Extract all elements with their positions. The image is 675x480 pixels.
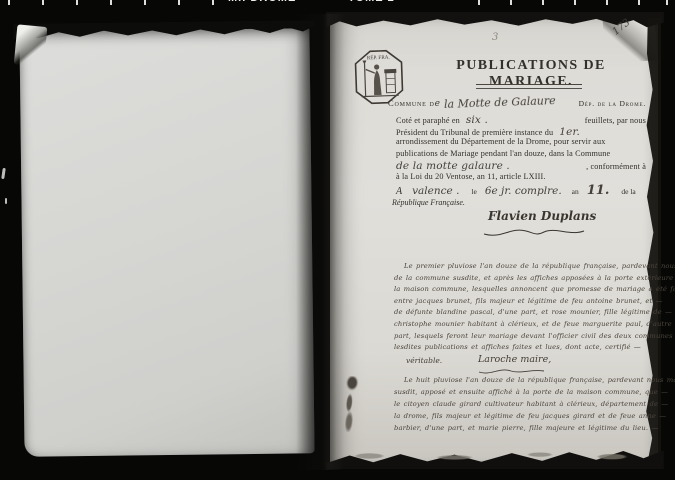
dateline-date-handwritten: 6e jr. complre. [485, 185, 562, 197]
form-text: , conformément à [586, 162, 646, 171]
microfilm-frame: MI. DROME TOME 2 173 3 RÉP. FRA. [0, 0, 675, 480]
form-handwritten-value: de la motte galaure . [396, 160, 510, 172]
left-blank-page [19, 28, 314, 457]
commune-label: Commune d [388, 98, 435, 108]
title-double-rule [476, 84, 582, 89]
page-torn-edge [641, 18, 661, 465]
dateline-de-la: de la [621, 187, 635, 196]
ink-smudge [339, 375, 361, 432]
form-line: arrondissement du Département de la Drom… [396, 137, 646, 146]
page-torn-edge [13, 20, 315, 42]
signature-flourish [480, 224, 590, 238]
dateline: A valence . le 6e jr. complre. an 11. de… [396, 183, 648, 198]
form-text: publications de Mariage pendant l'an dou… [396, 149, 610, 158]
act-line: de la commune susdite, et après les affi… [394, 274, 648, 282]
act-line: christophe mounier habitant à clérieux, … [394, 320, 648, 328]
dateline-place-handwritten: valence . [412, 185, 459, 197]
act-line: part, lesquels feront leur mariage devan… [394, 332, 648, 340]
commune-article: e [435, 99, 440, 109]
form-line: Président du Tribunal de première instan… [396, 126, 646, 138]
form-text: Président du Tribunal de première instan… [396, 128, 553, 137]
act-line: Le premier pluviose l'an douze de la rép… [404, 262, 658, 270]
dateline-a: A [396, 186, 402, 197]
form-text: Coté et paraphé en [396, 116, 460, 125]
commune-line: Commune d e la Motte de Galaure Dép. de … [388, 96, 646, 109]
act-line: entre jacques brunet, fils majeur et lég… [394, 297, 648, 305]
film-header-strip: MI. DROME TOME 2 [0, 0, 675, 6]
page-corner-curl [14, 24, 48, 67]
act-line: la drome, fils majeur et légitime de feu… [394, 412, 648, 420]
form-text: arrondissement du Département de la Drom… [396, 137, 605, 146]
form-line: à la Loi du 20 Ventose, an 11, article L… [396, 172, 646, 181]
film-speck [5, 198, 7, 204]
form-text: à la Loi du 20 Ventose, an 11, article L… [396, 172, 546, 181]
form-line: de la motte galaure . , conformément à [396, 160, 646, 172]
form-line: publications de Mariage pendant l'an dou… [396, 149, 646, 158]
dateline-le: le [471, 187, 476, 196]
film-header-right-label: TOME 2 [348, 0, 395, 4]
commune-name-handwritten: la Motte de Galaure [444, 94, 556, 111]
act-line: barbier, d'une part, et marie pierre, fi… [394, 424, 648, 432]
film-header-left-label: MI. DROME [228, 0, 296, 4]
page-torn-edge [330, 449, 658, 463]
form-handwritten-value: six . [466, 114, 488, 126]
president-signature: Flavien Duplans [488, 209, 596, 223]
act-closing-word: véritable. [406, 356, 442, 365]
dateline-an: an [572, 187, 579, 196]
mayor-signature: Laroche maire, [478, 354, 551, 365]
act-line: Le huit pluviose l'an douze de la républ… [404, 376, 658, 384]
form-handwritten-value: 1er. [559, 126, 580, 138]
page-mark: 3 [492, 32, 498, 43]
dateline-republique: République Française. [392, 198, 465, 207]
act-line: lesdites publications et affiches faites… [394, 343, 648, 351]
act-line: la maison commune, lesquelles annoncent … [394, 285, 648, 293]
page-torn-edge [326, 445, 664, 469]
form-line: Coté et paraphé en six . feuillets, par … [396, 114, 646, 126]
form-text: feuillets, par nous [585, 116, 646, 125]
film-speck [1, 168, 6, 179]
act-line: le citoyen claude girard cultivateur hab… [394, 400, 648, 408]
right-register-page: 173 3 RÉP. FRA. PUBLICATIONS DE MARIAGE.… [330, 18, 658, 465]
act-line: susdit, apposé et ensuite affiché à la p… [394, 388, 648, 396]
act-line: de défunte blandine pascal, d'une part, … [394, 308, 648, 316]
folio-number: 173 [611, 17, 633, 37]
department-label: Dép. de la Drome. [579, 99, 646, 108]
dateline-year-handwritten: 11. [587, 183, 610, 198]
